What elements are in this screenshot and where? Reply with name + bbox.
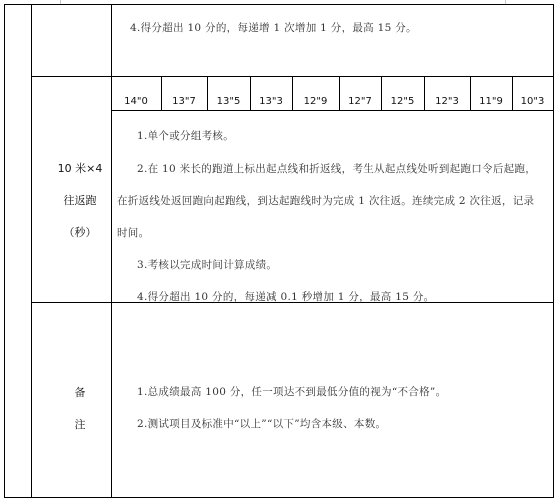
time-cell: 11"9 bbox=[470, 96, 512, 107]
remark-note-2: 2.测试项目及标准中“以上”“以下”均含本级、本数。 bbox=[137, 416, 386, 431]
shuttle-rule-4: 4.得分超出 10 分的，每递减 0.1 秒增加 1 分，最高 15 分。 bbox=[137, 289, 434, 304]
time-cell: 10"3 bbox=[512, 96, 553, 107]
column-divider bbox=[31, 4, 32, 498]
time-cell: 13"3 bbox=[250, 96, 292, 107]
event-label-line2: 往返跑 bbox=[40, 192, 120, 208]
shuttle-rule-3: 3.考核以完成时间计算成绩。 bbox=[137, 257, 277, 272]
table-border-right bbox=[553, 4, 554, 498]
time-cell: 13"5 bbox=[207, 96, 250, 107]
remark-note-1: 1.总成绩最高 100 分，任一项达不到最低分值的视为“不合格”。 bbox=[137, 384, 446, 399]
remarks-label-line2: 注 bbox=[40, 416, 120, 432]
time-cell: 12"7 bbox=[339, 96, 381, 107]
time-cell: 12"9 bbox=[292, 96, 339, 107]
table-border-left bbox=[4, 4, 5, 498]
shuttle-rule-2c: 时间。 bbox=[117, 225, 149, 240]
shuttle-rule-1: 1.单个或分组考核。 bbox=[137, 128, 234, 143]
event-label-line1: 10 米×4 bbox=[40, 160, 120, 176]
remarks-label-line1: 备 bbox=[40, 384, 120, 400]
time-cell: 12"3 bbox=[424, 96, 470, 107]
shuttle-rule-2b: 在折返线处返回跑向起跑线，到达起跑线时为完成 1 次往返。连续完成 2 次往返，… bbox=[117, 193, 534, 208]
prev-rule-4: 4.得分超出 10 分的，每递增 1 次增加 1 分，最高 15 分。 bbox=[130, 20, 417, 35]
time-cell: 14"0 bbox=[111, 96, 161, 107]
table-border-top bbox=[4, 4, 554, 5]
time-cell: 13"7 bbox=[161, 96, 207, 107]
time-cell: 12"5 bbox=[381, 96, 424, 107]
shuttle-rule-2a: 2.在 10 米长的跑道上标出起点线和折返线，考生从起点线处听到起跑口令后起跑， bbox=[137, 161, 536, 176]
event-label-line3: （秒） bbox=[40, 224, 120, 240]
table-border-bottom bbox=[4, 497, 554, 498]
row-divider bbox=[111, 110, 554, 111]
